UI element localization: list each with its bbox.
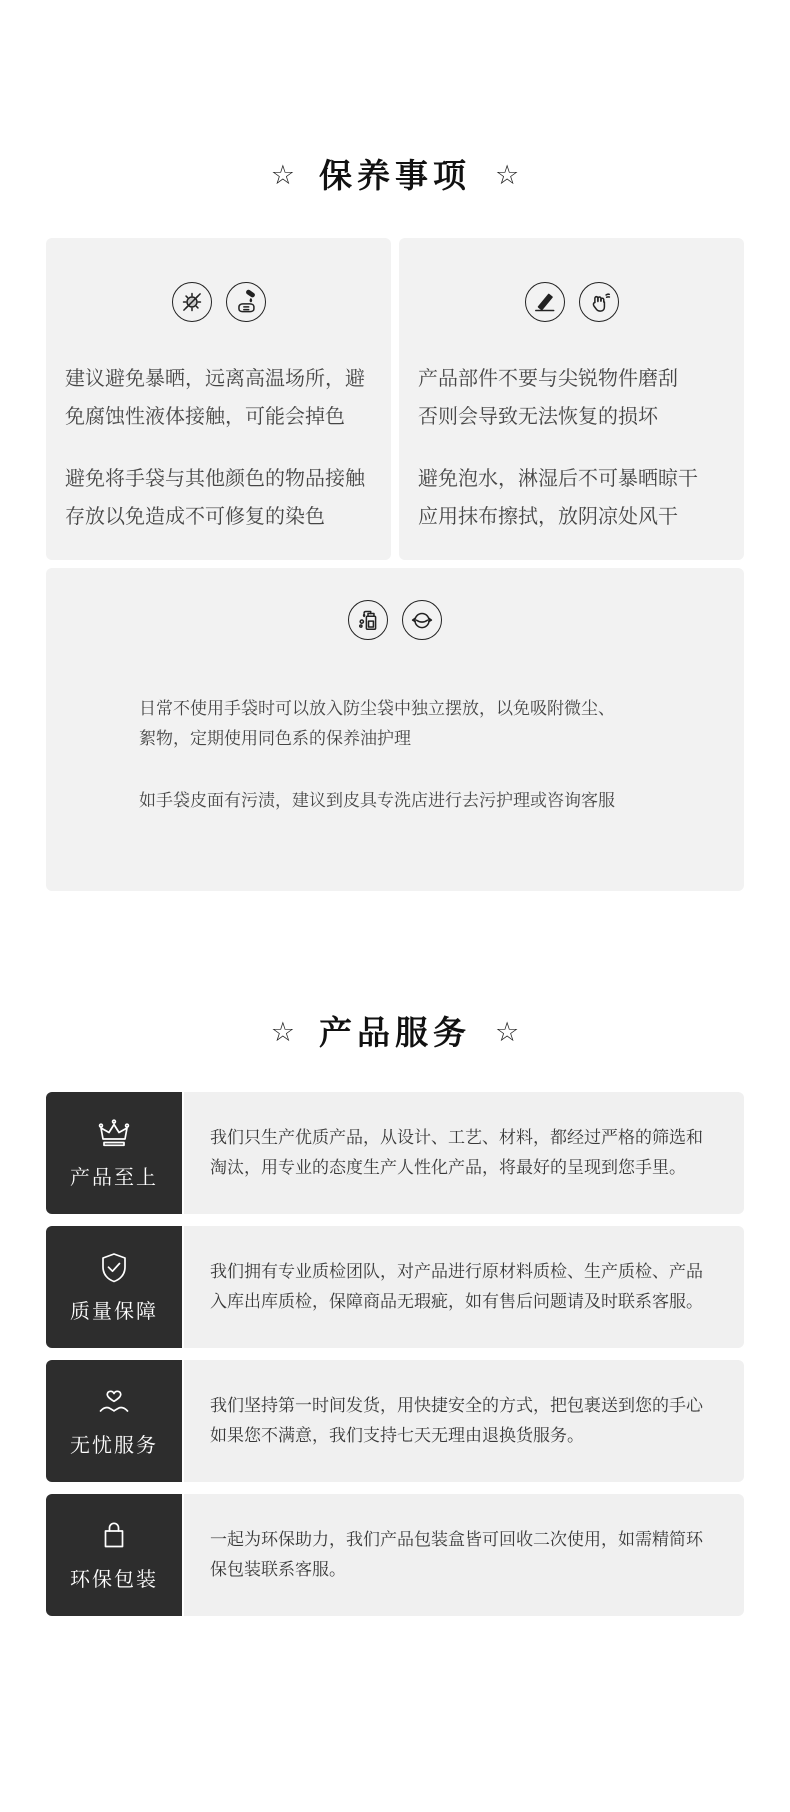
service-badge: 质量保障 — [46, 1226, 182, 1348]
care-card-storage: 日常不使用手袋时可以放入防尘袋中独立摆放，以免吸附微尘、絮物，定期使用同色系的保… — [46, 568, 744, 891]
care-card-sharp-water: 产品部件不要与尖锐物件磨刮 否则会导致无法恢复的损坏 避免泡水，淋湿后不可暴晒晾… — [399, 238, 744, 560]
service-label: 产品至上 — [70, 1161, 158, 1190]
care-oil-icon — [348, 600, 388, 640]
shopping-bag-icon — [96, 1518, 132, 1554]
service-label: 环保包装 — [70, 1563, 158, 1592]
care-card-text: 产品部件不要与尖锐物件磨刮 否则会导致无法恢复的损坏 避免泡水，淋湿后不可暴晒晾… — [418, 360, 725, 536]
dust-bag-icon — [402, 600, 442, 640]
care-paragraph: 避免泡水，淋湿后不可暴晒晾干 应用抹布擦拭，放阴凉处风干 — [418, 460, 725, 536]
crown-icon — [96, 1116, 132, 1152]
care-paragraph: 建议避免暴晒，远离高温场所，避免腐蚀性液体接触，可能会掉色 — [65, 360, 372, 436]
service-label: 无忧服务 — [70, 1429, 158, 1458]
service-row-worry-free: 无忧服务 我们坚持第一时间发货，用快捷安全的方式，把包裹送到您的手心 如果您不满… — [46, 1360, 744, 1482]
service-badge: 无忧服务 — [46, 1360, 182, 1482]
service-body: 一起为环保助力，我们产品包装盒皆可回收二次使用，如需精简环保包装联系客服。 — [184, 1494, 744, 1616]
star-icon: ☆ — [495, 162, 519, 189]
no-scratch-icon — [579, 282, 619, 322]
service-row-product-first: 产品至上 我们只生产优质产品，从设计、工艺、材料，都经过严格的筛选和淘汰，用专业… — [46, 1092, 744, 1214]
service-body: 我们拥有专业质检团队，对产品进行原材料质检、生产质检、产品入库出库质检，保障商品… — [184, 1226, 744, 1348]
care-card-icons — [46, 238, 391, 322]
care-paragraph: 日常不使用手袋时可以放入防尘袋中独立摆放，以免吸附微尘、絮物，定期使用同色系的保… — [139, 694, 623, 754]
care-paragraph: 产品部件不要与尖锐物件磨刮 否则会导致无法恢复的损坏 — [418, 360, 725, 436]
service-row-quality: 质量保障 我们拥有专业质检团队，对产品进行原材料质检、生产质检、产品入库出库质检… — [46, 1226, 744, 1348]
care-paragraph: 避免将手袋与其他颜色的物品接触存放以免造成不可修复的染色 — [65, 460, 372, 536]
service-row-eco-packaging: 环保包装 一起为环保助力，我们产品包装盒皆可回收二次使用，如需精简环保包装联系客… — [46, 1494, 744, 1616]
service-text: 一起为环保助力，我们产品包装盒皆可回收二次使用，如需精简环保包装联系客服。 — [184, 1525, 704, 1585]
hands-heart-icon — [96, 1384, 132, 1420]
star-icon: ☆ — [271, 162, 295, 189]
no-sun-icon — [172, 282, 212, 322]
service-badge: 环保包装 — [46, 1494, 182, 1616]
star-icon: ☆ — [495, 1019, 519, 1046]
care-paragraph: 如手袋皮面有污渍，建议到皮具专洗店进行去污护理或咨询客服 — [139, 786, 623, 816]
no-sharp-objects-icon — [525, 282, 565, 322]
care-card-sun-liquid: 建议避免暴晒，远离高温场所，避免腐蚀性液体接触，可能会掉色 避免将手袋与其他颜色… — [46, 238, 391, 560]
service-text: 我们只生产优质产品，从设计、工艺、材料，都经过严格的筛选和淘汰，用专业的态度生产… — [184, 1123, 704, 1183]
service-list: 产品至上 我们只生产优质产品，从设计、工艺、材料，都经过严格的筛选和淘汰，用专业… — [46, 1092, 744, 1616]
care-card-icons — [399, 238, 744, 322]
care-card-text: 建议避免暴晒，远离高温场所，避免腐蚀性液体接触，可能会掉色 避免将手袋与其他颜色… — [65, 360, 372, 536]
care-section-title: ☆ 保养事项 ☆ — [46, 0, 744, 196]
service-body: 我们只生产优质产品，从设计、工艺、材料，都经过严格的筛选和淘汰，用专业的态度生产… — [184, 1092, 744, 1214]
service-body: 我们坚持第一时间发货，用快捷安全的方式，把包裹送到您的手心 如果您不满意，我们支… — [184, 1360, 744, 1482]
care-card-icons — [46, 568, 744, 640]
shield-check-icon — [96, 1250, 132, 1286]
service-text: 我们坚持第一时间发货，用快捷安全的方式，把包裹送到您的手心 如果您不满意，我们支… — [184, 1391, 704, 1451]
star-icon: ☆ — [271, 1019, 295, 1046]
service-badge: 产品至上 — [46, 1092, 182, 1214]
service-label: 质量保障 — [70, 1295, 158, 1324]
service-text: 我们拥有专业质检团队，对产品进行原材料质检、生产质检、产品入库出库质检，保障商品… — [184, 1257, 704, 1317]
page-content: ☆ 保养事项 ☆ — [46, 0, 744, 1616]
care-title-text: 保养事项 — [319, 156, 471, 196]
care-cards-row: 建议避免暴晒，远离高温场所，避免腐蚀性液体接触，可能会掉色 避免将手袋与其他颜色… — [46, 238, 744, 560]
service-title-text: 产品服务 — [319, 1013, 471, 1053]
care-card-text: 日常不使用手袋时可以放入防尘袋中独立摆放，以免吸附微尘、絮物，定期使用同色系的保… — [139, 694, 623, 816]
no-corrosive-liquid-icon — [226, 282, 266, 322]
service-section-title: ☆ 产品服务 ☆ — [46, 891, 744, 1053]
